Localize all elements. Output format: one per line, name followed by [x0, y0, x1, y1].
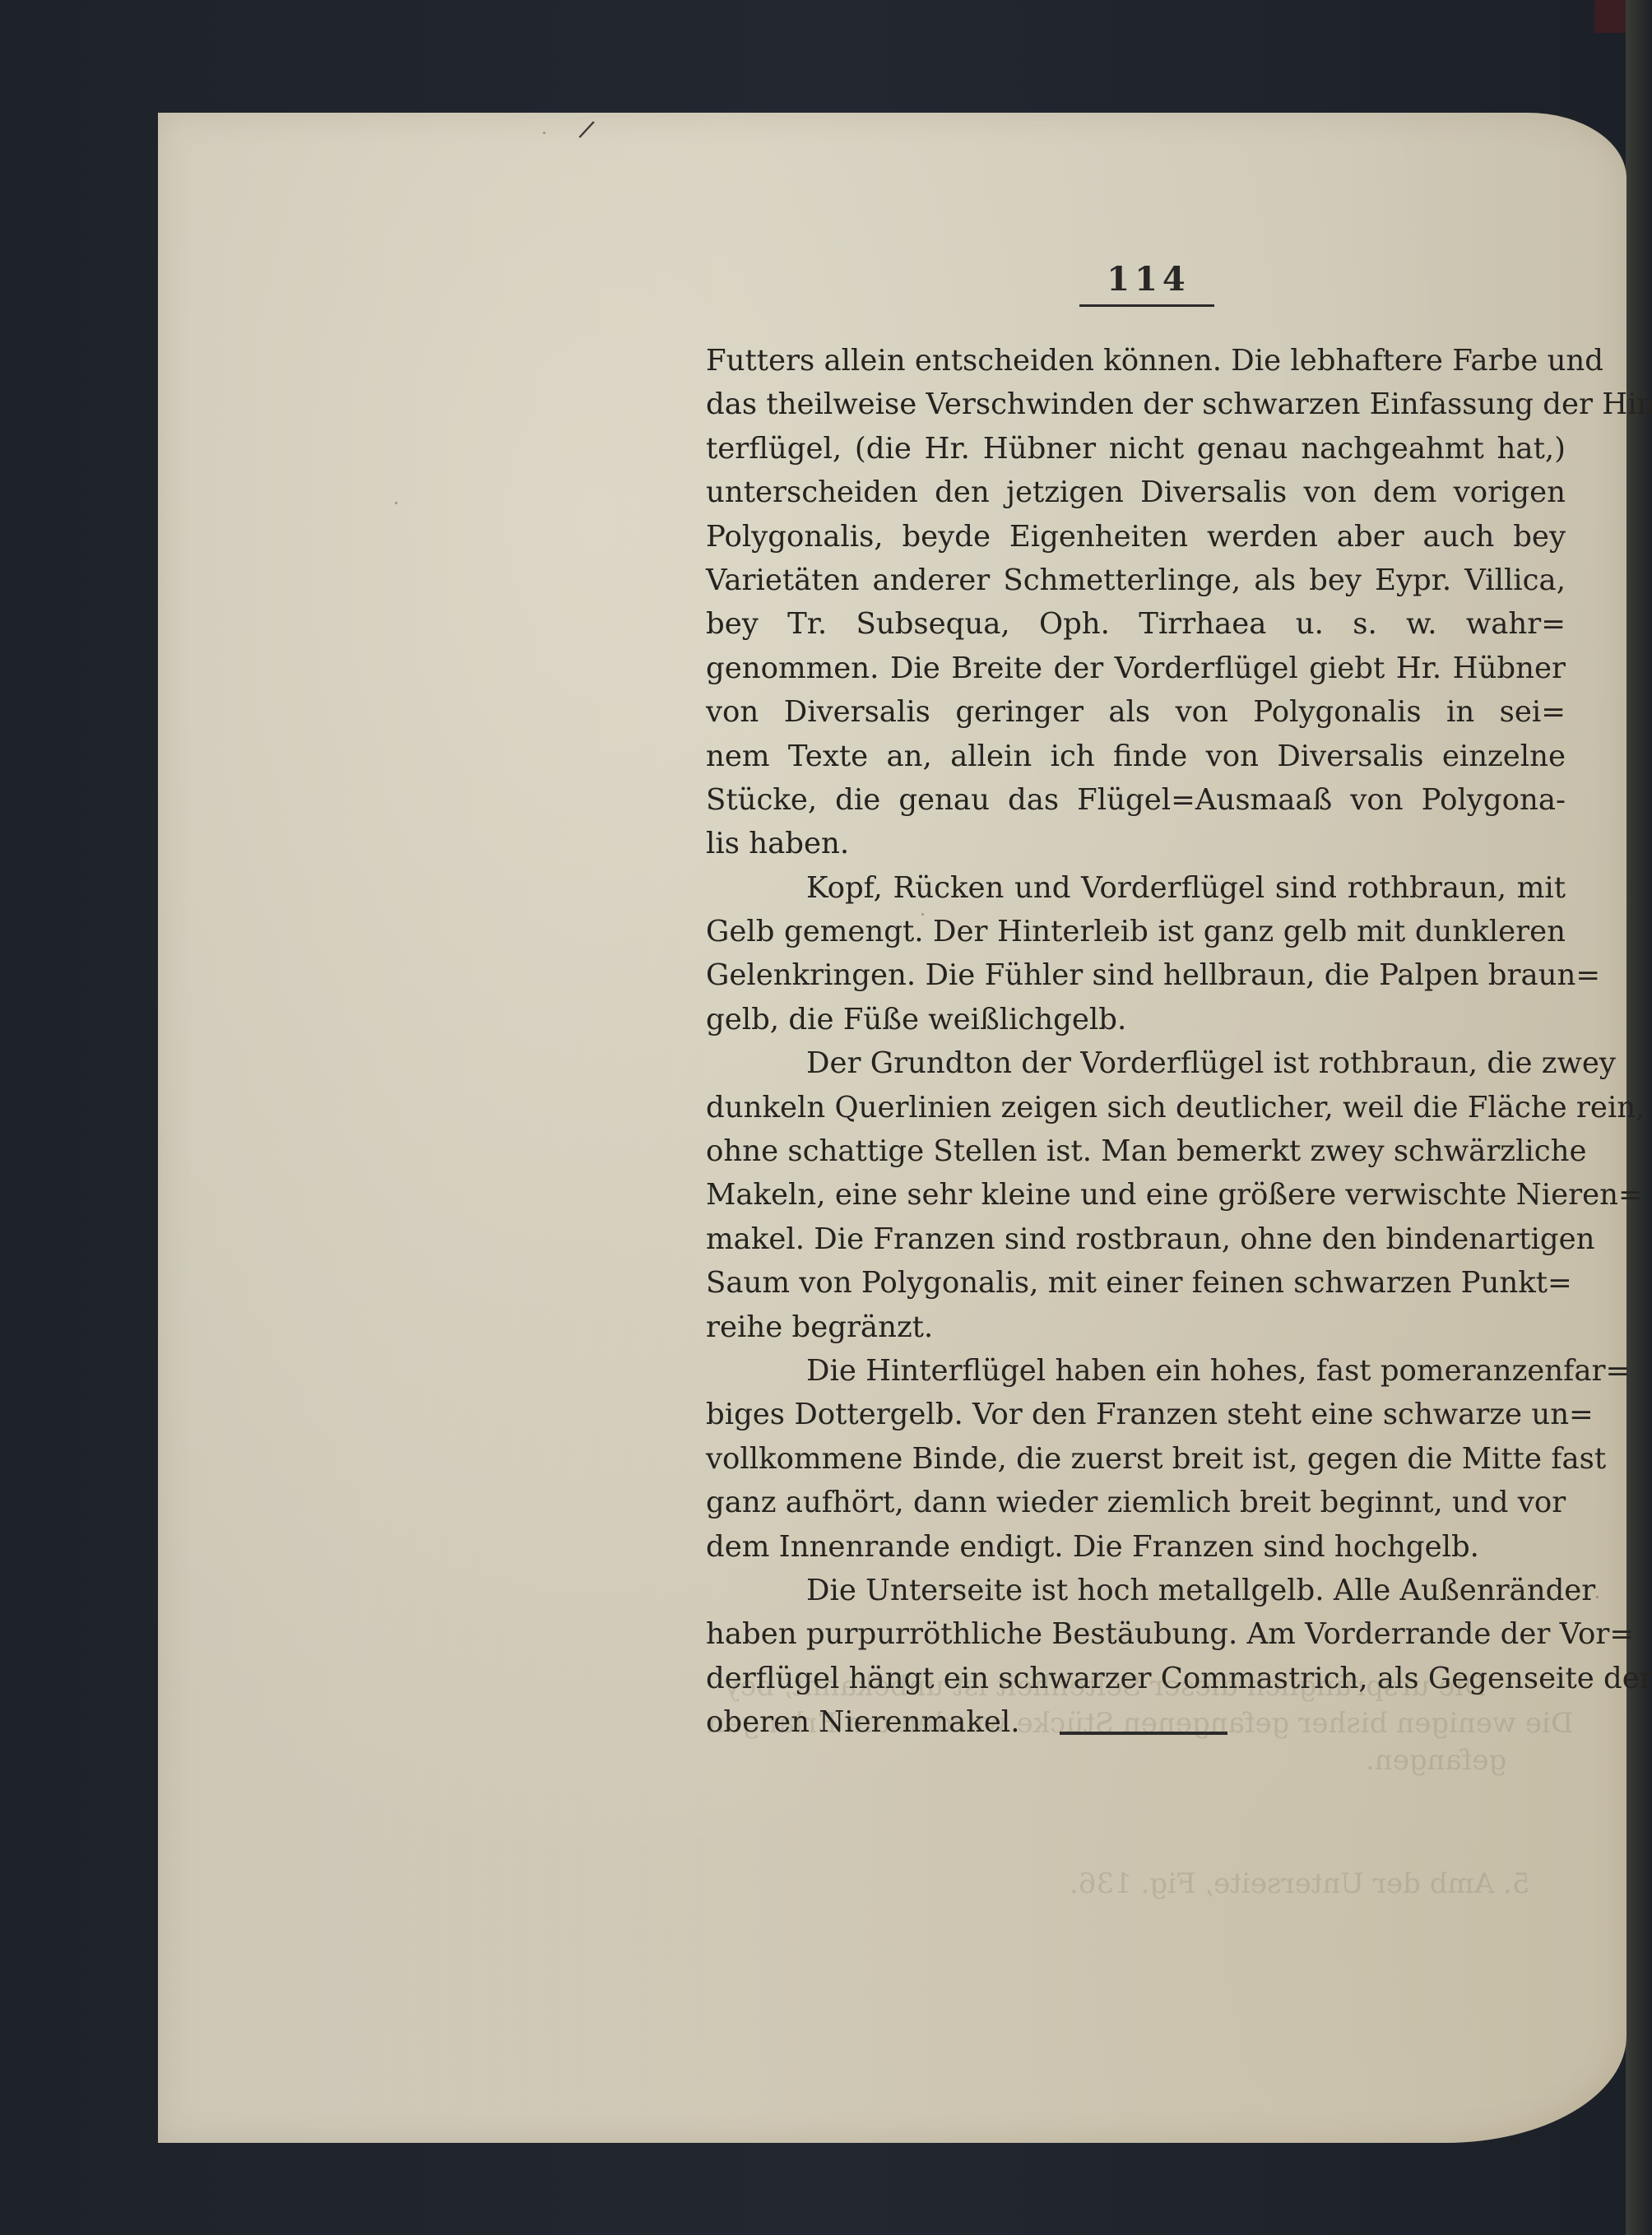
- text-line: terflügel, (die Hr. Hübner nicht genau n…: [706, 427, 1566, 471]
- text-line: biges Dottergelb. Vor den Franzen steht …: [706, 1393, 1566, 1436]
- paragraph-start-line: Der Grundton der Vorderflügel ist rothbr…: [706, 1041, 1566, 1085]
- text-line: unterscheiden den jetzigen Diversalis vo…: [706, 471, 1566, 514]
- text-line: Varietäten anderer Schmetterlinge, als b…: [706, 559, 1566, 602]
- paper-speck: [1596, 1596, 1599, 1598]
- text-line: genommen. Die Breite der Vorderflügel gi…: [706, 647, 1566, 690]
- text-line: das theilweise Verschwinden der schwarze…: [706, 383, 1566, 426]
- text-line: Gelb gemengt. Der Hinterleib ist ganz ge…: [706, 910, 1566, 953]
- text-line: Saum von Polygonalis, mit einer feinen s…: [706, 1261, 1566, 1305]
- text-line: reihe begränzt.: [706, 1305, 1566, 1349]
- text-line: vollkommene Binde, die zuerst breit ist,…: [706, 1437, 1566, 1481]
- page-number: 114: [1088, 262, 1209, 298]
- text-line: Futters allein entscheiden können. Die l…: [706, 339, 1566, 383]
- text-line: oberen Nierenmakel.: [706, 1700, 1566, 1744]
- paper-speck: [395, 502, 397, 504]
- text-line: bey Tr. Subsequa, Oph. Tirrhaea u. s. w.…: [706, 602, 1566, 646]
- page-header: 114: [1088, 262, 1209, 298]
- paragraph-start-line: Die Hinterflügel haben ein hohes, fast p…: [706, 1349, 1566, 1393]
- text-line: Makeln, eine sehr kleine und eine größer…: [706, 1173, 1566, 1217]
- paragraph-start-line: Die Unterseite ist hoch metallgelb. Alle…: [706, 1569, 1566, 1612]
- text-line: nem Texte an, allein ich finde von Diver…: [706, 735, 1566, 778]
- text-line: Stücke, die genau das Flügel=Ausmaaß von…: [706, 778, 1566, 822]
- text-line: von Diversalis geringer als von Polygona…: [706, 690, 1566, 734]
- text-line: gelb, die Füße weißlichgelb.: [706, 998, 1566, 1041]
- text-line: makel. Die Franzen sind rostbraun, ohne …: [706, 1217, 1566, 1261]
- bleed-through-text: 5. Amb der Unterseite, Fig. 136.: [1070, 1867, 1530, 1900]
- text-line: haben purpurröthliche Bestäubung. Am Vor…: [706, 1612, 1566, 1656]
- text-line: dunkeln Querlinien zeigen sich deutliche…: [706, 1086, 1566, 1129]
- text-line: dem Innenrande endigt. Die Franzen sind …: [706, 1525, 1566, 1569]
- paper-speck: [543, 132, 545, 134]
- text-line: Gelenkringen. Die Fühler sind hellbraun,…: [706, 953, 1566, 997]
- bleed-through-text: gefangen.: [1366, 1744, 1506, 1777]
- paragraph-start-line: Kopf, Rücken und Vorderflügel sind rothb…: [706, 866, 1566, 910]
- text-line: ohne schattige Stellen ist. Man bemerkt …: [706, 1129, 1566, 1173]
- text-line: lis haben.: [706, 822, 1566, 865]
- text-line: ganz aufhört, dann wieder ziemlich breit…: [706, 1481, 1566, 1524]
- header-rule: [1079, 304, 1214, 307]
- text-line: Polygonalis, beyde Eigenheiten werden ab…: [706, 515, 1566, 559]
- text-line: derflügel hängt ein schwarzer Commastric…: [706, 1657, 1566, 1700]
- body-text: Futters allein entscheiden können. Die l…: [706, 339, 1566, 1745]
- section-end-rule: [1060, 1732, 1227, 1735]
